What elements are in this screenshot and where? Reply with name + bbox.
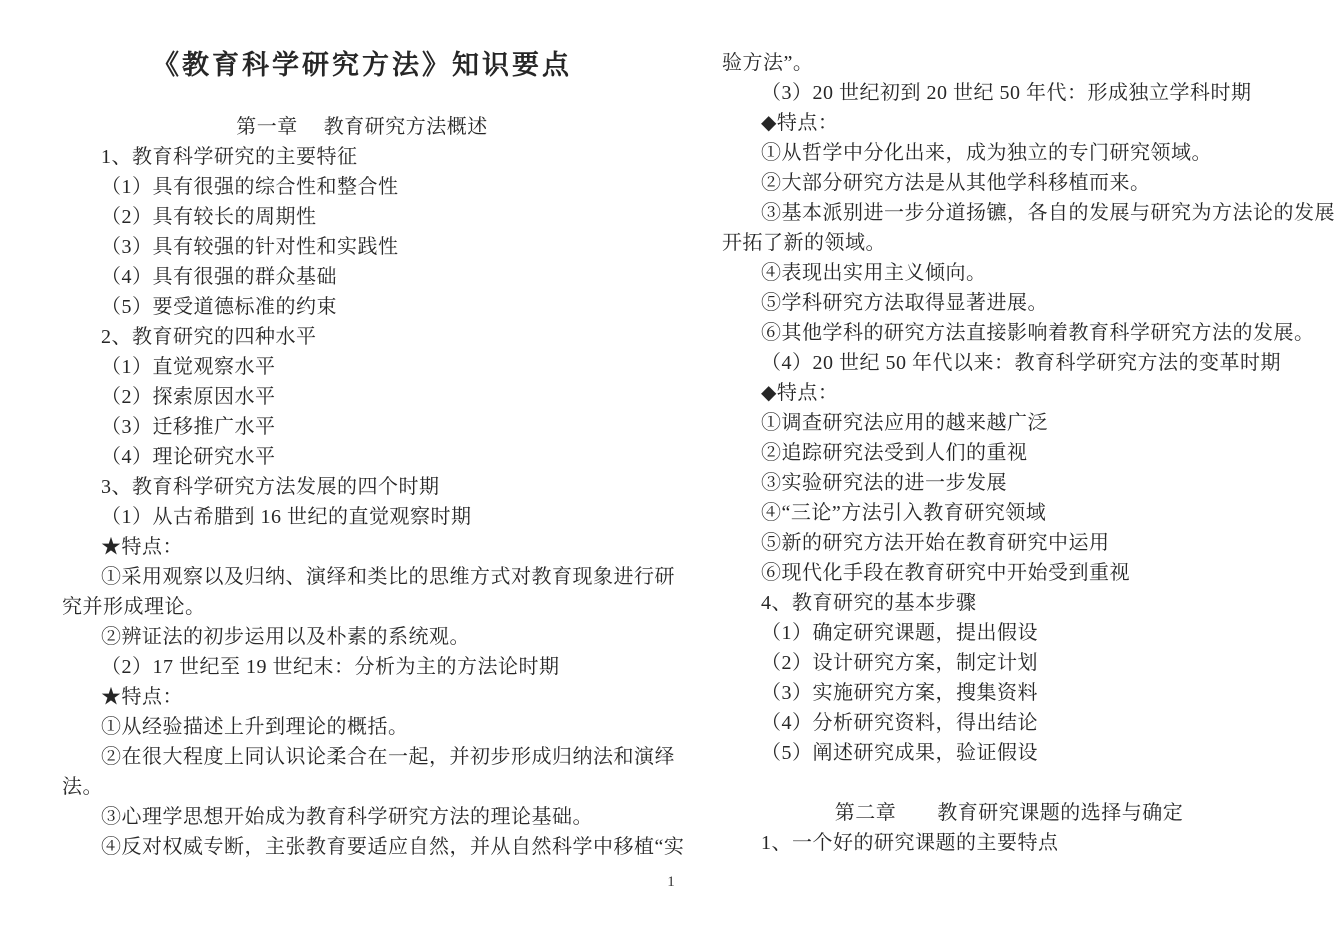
text-line: 2、教育研究的四种水平: [62, 322, 662, 352]
text-line: （2）设计研究方案，制定计划: [722, 648, 1296, 678]
text-line: 开拓了新的领域。: [722, 228, 1296, 258]
document-title: 《教育科学研究方法》知识要点: [62, 42, 662, 88]
right-column: 验方法”。（3）20 世纪初到 20 世纪 50 年代：形成独立学科时期◆特点：…: [722, 48, 1296, 858]
text-line: 法。: [62, 772, 662, 802]
text-line: ★特点：: [62, 682, 662, 712]
text-line: 第二章 教育研究课题的选择与确定: [722, 798, 1296, 828]
text-line: 1、教育科学研究的主要特征: [62, 142, 662, 172]
text-line: ⑤学科研究方法取得显著进展。: [722, 288, 1296, 318]
text-line: （1）直觉观察水平: [62, 352, 662, 382]
left-column: 《教育科学研究方法》知识要点第一章 教育研究方法概述1、教育科学研究的主要特征（…: [62, 42, 662, 862]
text-line: （1）从古希腊到 16 世纪的直觉观察时期: [62, 502, 662, 532]
text-line: ①调查研究法应用的越来越广泛: [722, 408, 1296, 438]
text-line: ②大部分研究方法是从其他学科移植而来。: [722, 168, 1296, 198]
page-number: 1: [0, 872, 1342, 892]
text-line: ②追踪研究法受到人们的重视: [722, 438, 1296, 468]
text-line: [62, 88, 662, 112]
text-line: 3、教育科学研究方法发展的四个时期: [62, 472, 662, 502]
text-line: ①从哲学中分化出来，成为独立的专门研究领域。: [722, 138, 1296, 168]
text-line: （2）17 世纪至 19 世纪末：分析为主的方法论时期: [62, 652, 662, 682]
text-line: （4）分析研究资料，得出结论: [722, 708, 1296, 738]
text-line: ①从经验描述上升到理论的概括。: [62, 712, 662, 742]
text-line: ⑤新的研究方法开始在教育研究中运用: [722, 528, 1296, 558]
text-line: （3）具有较强的针对性和实践性: [62, 232, 662, 262]
text-line: ①采用观察以及归纳、演绎和类比的思维方式对教育现象进行研: [62, 562, 662, 592]
text-line: （3）实施研究方案，搜集资料: [722, 678, 1296, 708]
text-line: （4）20 世纪 50 年代以来：教育科学研究方法的变革时期: [722, 348, 1296, 378]
text-line: ⑥其他学科的研究方法直接影响着教育科学研究方法的发展。: [722, 318, 1296, 348]
text-line: （1）确定研究课题，提出假设: [722, 618, 1296, 648]
document-page: 《教育科学研究方法》知识要点第一章 教育研究方法概述1、教育科学研究的主要特征（…: [0, 0, 1342, 925]
text-line: ⑥现代化手段在教育研究中开始受到重视: [722, 558, 1296, 588]
text-line: 验方法”。: [722, 48, 1296, 78]
text-line: ③实验研究法的进一步发展: [722, 468, 1296, 498]
text-line: （2）探索原因水平: [62, 382, 662, 412]
text-line: 1、一个好的研究课题的主要特点: [722, 828, 1296, 858]
text-line: ◆特点：: [722, 108, 1296, 138]
text-line: ★特点：: [62, 532, 662, 562]
text-line: [722, 768, 1296, 798]
text-line: （2）具有较长的周期性: [62, 202, 662, 232]
text-line: ③基本派别进一步分道扬镳，各自的发展与研究为方法论的发展: [722, 198, 1296, 228]
text-line: ②在很大程度上同认识论柔合在一起，并初步形成归纳法和演绎: [62, 742, 662, 772]
text-line: （4）具有很强的群众基础: [62, 262, 662, 292]
text-line: （3）迁移推广水平: [62, 412, 662, 442]
text-line: 第一章 教育研究方法概述: [62, 112, 662, 142]
text-line: （1）具有很强的综合性和整合性: [62, 172, 662, 202]
text-line: （5）要受道德标准的约束: [62, 292, 662, 322]
text-line: （4）理论研究水平: [62, 442, 662, 472]
text-line: ④反对权威专断，主张教育要适应自然，并从自然科学中移植“实: [62, 832, 662, 862]
text-line: （5）阐述研究成果，验证假设: [722, 738, 1296, 768]
text-line: ③心理学思想开始成为教育科学研究方法的理论基础。: [62, 802, 662, 832]
text-line: ②辨证法的初步运用以及朴素的系统观。: [62, 622, 662, 652]
text-line: 究并形成理论。: [62, 592, 662, 622]
text-line: ◆特点：: [722, 378, 1296, 408]
text-line: ④“三论”方法引入教育研究领域: [722, 498, 1296, 528]
text-line: （3）20 世纪初到 20 世纪 50 年代：形成独立学科时期: [722, 78, 1296, 108]
text-line: 4、教育研究的基本步骤: [722, 588, 1296, 618]
text-line: ④表现出实用主义倾向。: [722, 258, 1296, 288]
